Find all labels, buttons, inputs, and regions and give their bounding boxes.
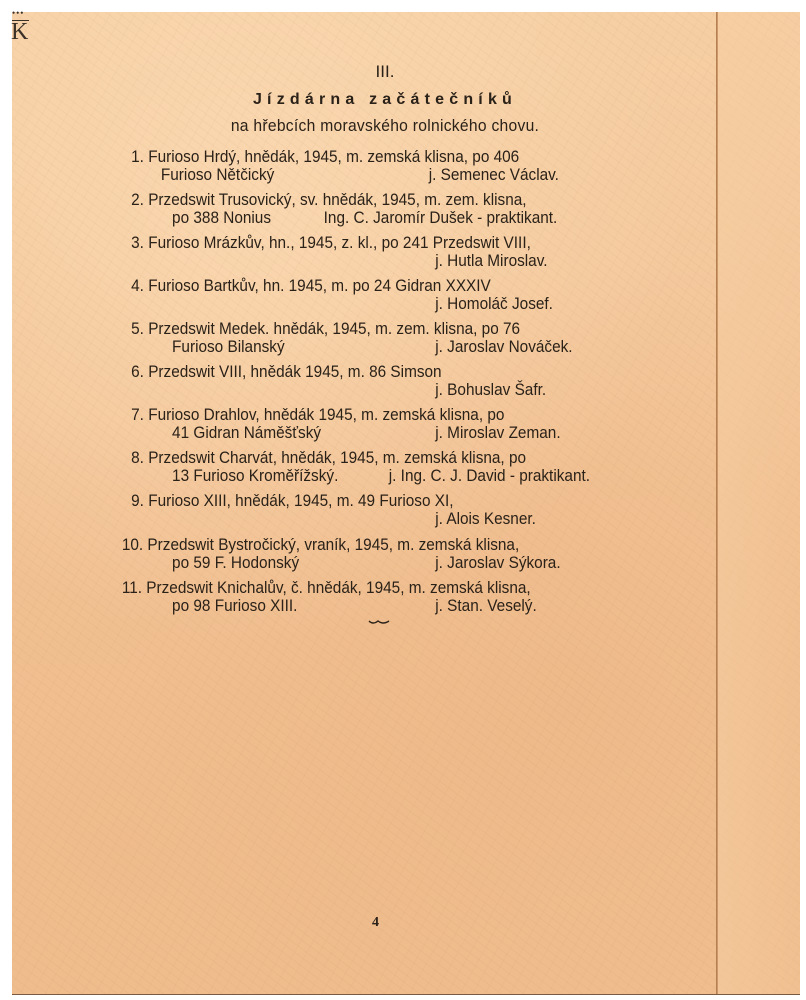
entry-rider: j. Semenec Václav. [429, 166, 559, 184]
entry-sire-line: po 388 Nonius [172, 209, 271, 227]
entry-sire-line: 41 Gidran Náměšťský [172, 424, 321, 442]
entry-rider: j. Bohuslav Šafr. [435, 381, 546, 399]
entry-horse-line: 6. Przedswit VIII, hnědák 1945, m. 86 Si… [131, 363, 441, 381]
page-fold-line [716, 12, 718, 994]
entry-horse-line: 1. Furioso Hrdý, hnědák, 1945, m. zemská… [131, 148, 519, 166]
entry-horse-line: 11. Przedswit Knichalův, č. hnědák, 1945… [122, 579, 531, 597]
entry-sire-line: po 59 F. Hodonský [172, 554, 299, 572]
section-subtitle: na hřebcích moravského rolnického chovu. [31, 116, 739, 136]
entry-sire-line: 13 Furioso Kroměřížský. [172, 467, 338, 485]
ornament-divider-icon [368, 618, 390, 628]
page-number: 4 [372, 915, 379, 931]
entry-sire-line: po 98 Furioso XIII. [172, 597, 297, 615]
entry-rider: j. Alois Kesner. [435, 510, 536, 528]
entry-rider: j. Ing. C. J. David - praktikant. [389, 467, 590, 485]
entry-rider: j. Jaroslav Nováček. [435, 338, 572, 356]
entry-rider: j. Homoláč Josef. [435, 295, 553, 313]
entry-horse-line: 2. Przedswit Trusovický, sv. hnědák, 194… [131, 191, 526, 209]
entry-sire-line: Furioso Nětčický [161, 166, 274, 184]
entry-rider: j. Stan. Veselý. [435, 597, 537, 615]
entry-rider: j. Jaroslav Sýkora. [435, 554, 560, 572]
entry-horse-line: 3. Furioso Mrázkův, hn., 1945, z. kl., p… [131, 234, 531, 252]
logo-letter: K [11, 20, 28, 44]
entry-rider: j. Miroslav Zeman. [435, 424, 560, 442]
entry-rider: Ing. C. Jaromír Dušek - praktikant. [324, 209, 558, 227]
crown-dots-icon: ••• [12, 8, 24, 18]
entry-horse-line: 9. Furioso XIII, hnědák, 1945, m. 49 Fur… [131, 492, 453, 510]
entry-horse-line: 10. Przedswit Bystročický, vraník, 1945,… [122, 536, 519, 554]
entry-horse-line: 8. Przedswit Charvát, hnědák, 1945, m. z… [131, 449, 526, 467]
archive-logo: ••• K [9, 8, 33, 44]
entry-horse-line: 4. Furioso Bartkův, hn. 1945, m. po 24 G… [131, 277, 491, 295]
section-title: Jízdárna začátečníků [0, 91, 770, 109]
entry-horse-line: 5. Przedswit Medek. hnědák, 1945, m. zem… [131, 320, 520, 338]
section-number: III. [0, 62, 770, 82]
entry-sire-line: Furioso Bilanský [172, 338, 285, 356]
entry-rider: j. Hutla Miroslav. [435, 252, 547, 270]
underlying-page-edge [718, 12, 800, 994]
entry-horse-line: 7. Furioso Drahlov, hnědák 1945, m. zems… [131, 406, 504, 424]
